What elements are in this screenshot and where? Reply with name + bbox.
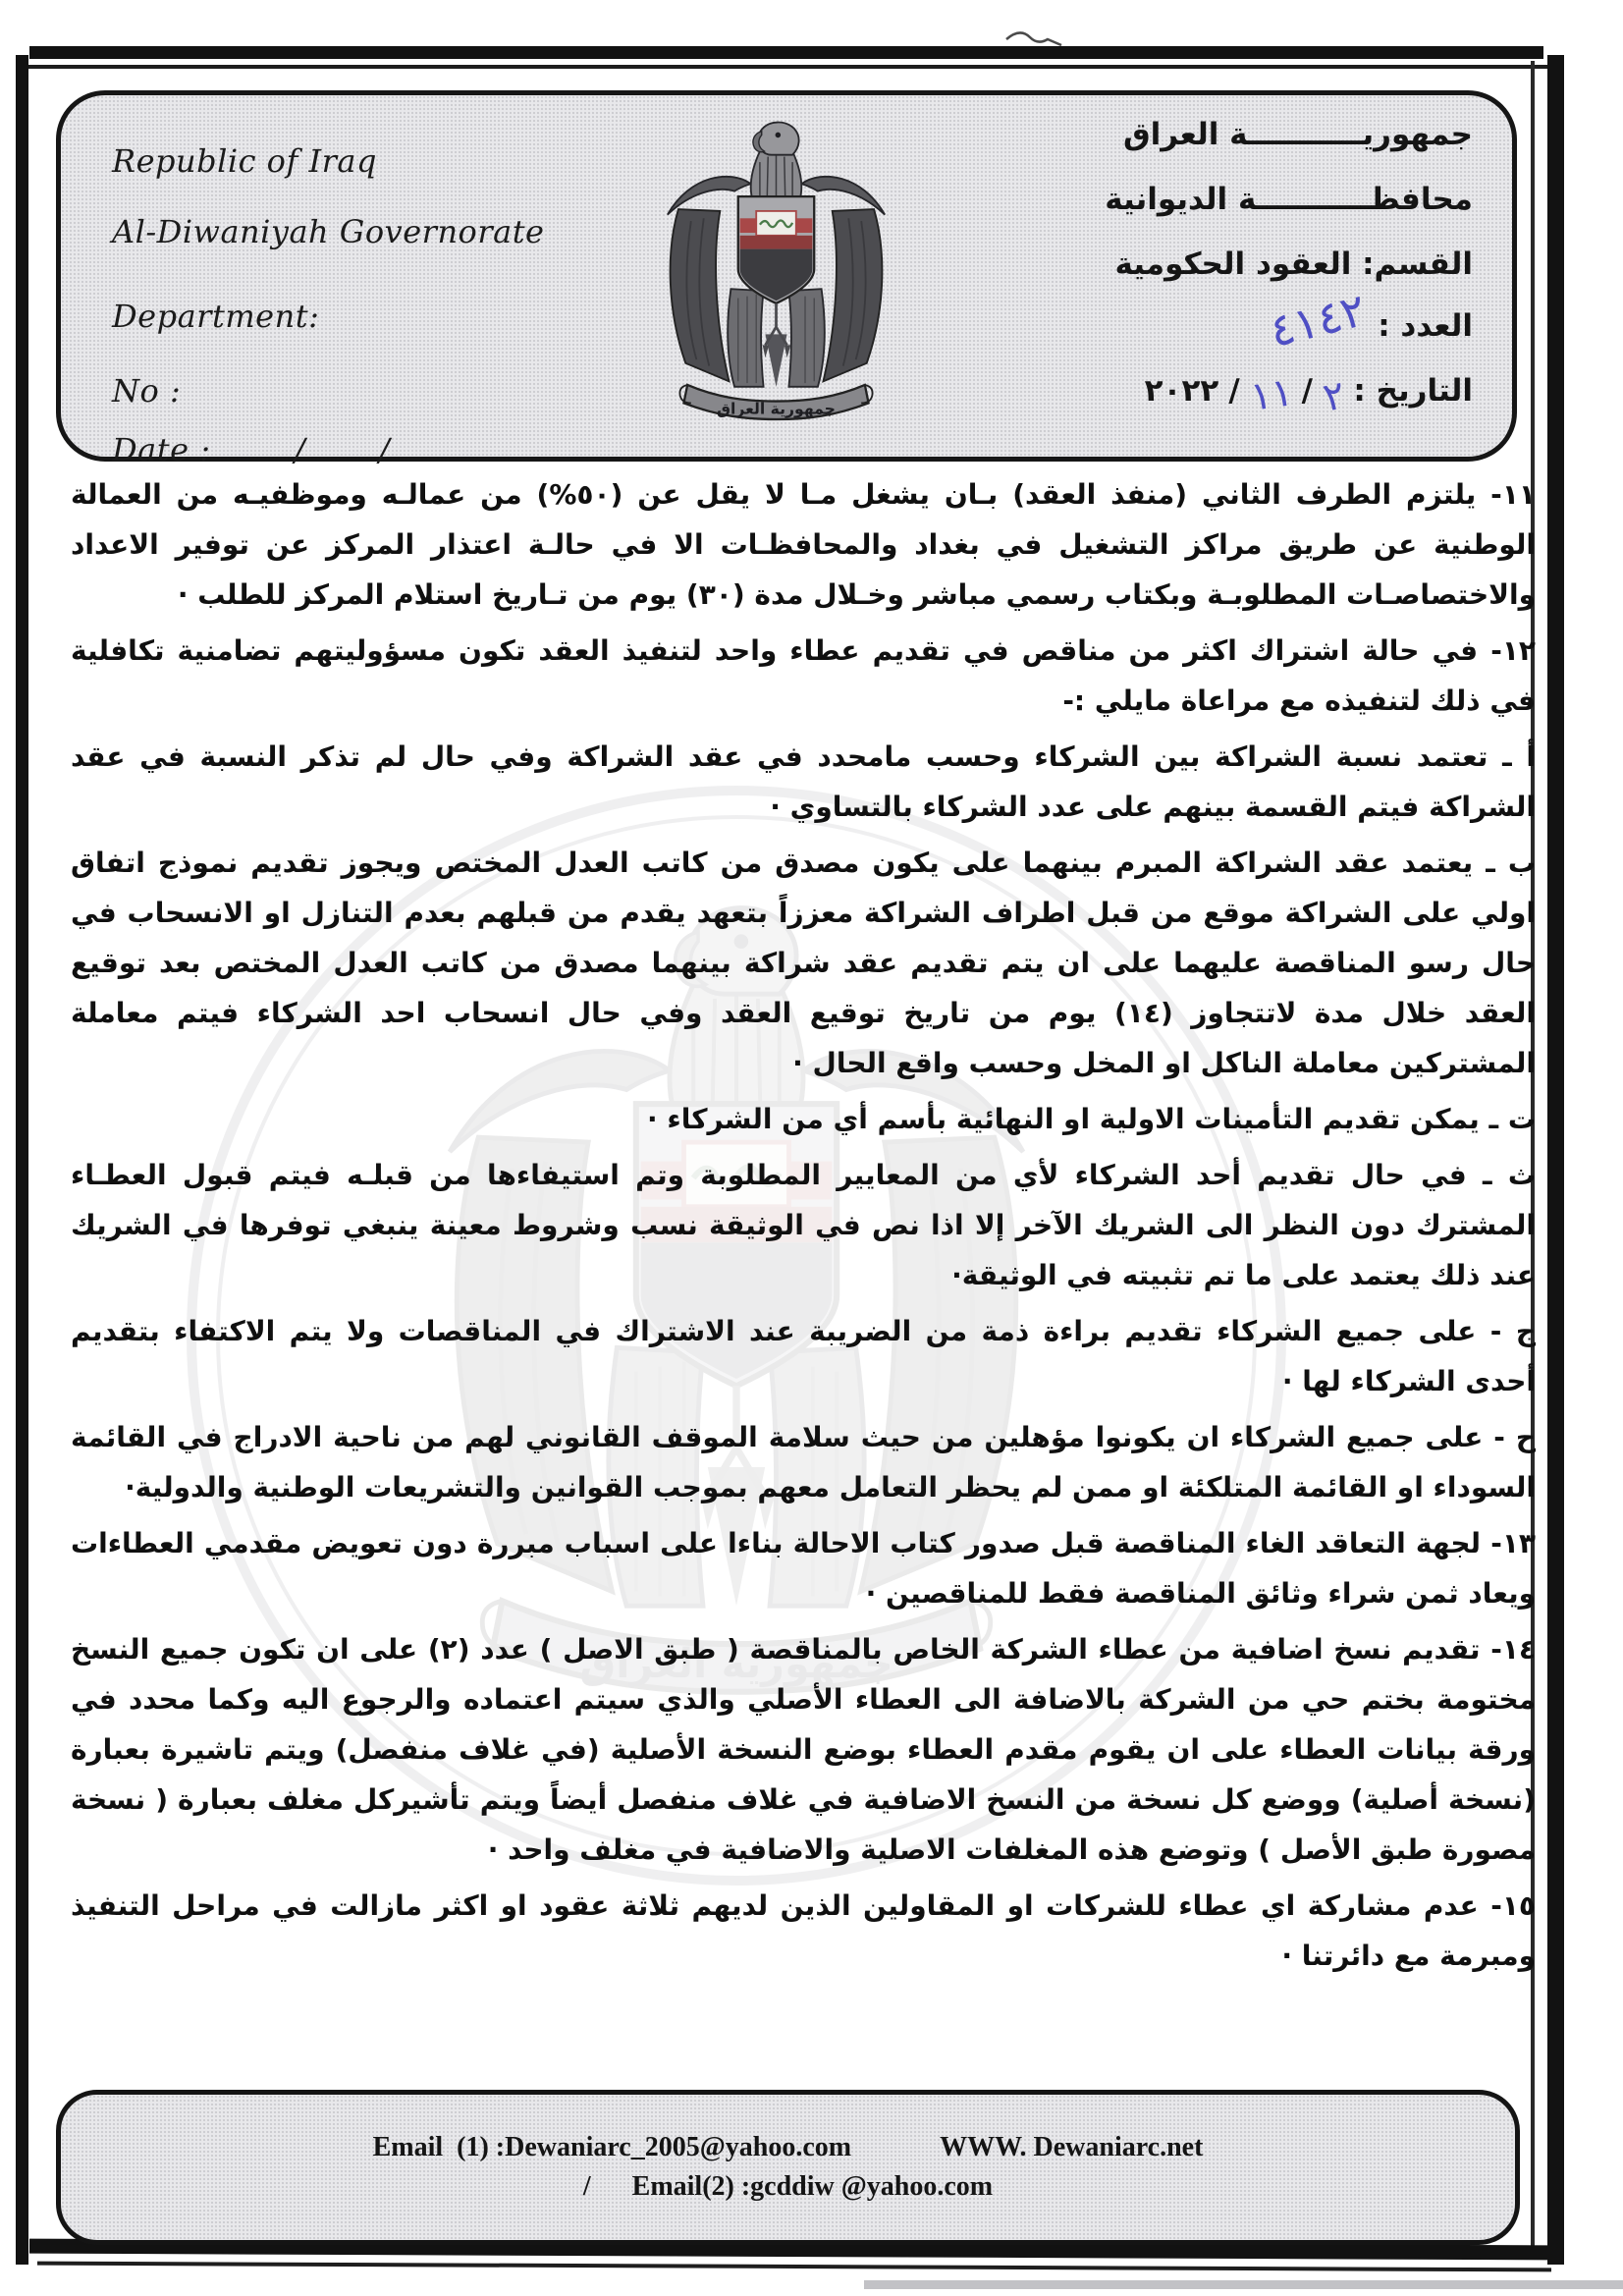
ref-number-handwritten: ٤١٤٢: [1265, 283, 1372, 357]
footer-email2: / Email(2) :gcddiw @yahoo.com: [583, 2171, 993, 2203]
body-paragraph: ١٤- تقديم نسخ اضافية من عطاء الشركة الخا…: [71, 1624, 1536, 1875]
body-paragraph: ١٥- عدم مشاركة اي عطاء للشركات او المقاو…: [71, 1881, 1536, 1981]
header-no-label: No :: [112, 372, 181, 410]
body-paragraph: ج - على جميع الشركاء تقديم براءة ذمة من …: [71, 1306, 1536, 1406]
date-row: التاريخ : ٢ / ١١ / ٢٠٢٢: [1145, 368, 1473, 413]
footer-website: WWW. Dewaniarc.net: [940, 2132, 1203, 2163]
frame-top-bar: [29, 46, 1543, 59]
body-paragraph: ح - على جميع الشركاء ان يكونوا مؤهلين من…: [71, 1412, 1536, 1512]
body-paragraph: أ ـ تعتمد نسبة الشراكة بين الشركاء وحسب …: [71, 732, 1536, 832]
date-year: ٢٠٢٢: [1145, 373, 1219, 409]
scan-shadow-artifact: [864, 2280, 1623, 2289]
header-governorate-ar: محافظـــــــــــة الديوانية: [1105, 182, 1473, 217]
date-month-handwritten: ١١: [1247, 369, 1295, 420]
header-country-en: Republic of Iraq: [112, 142, 377, 180]
date-day-handwritten: ٢: [1320, 372, 1350, 420]
iraq-coat-of-arms-emblem: [640, 117, 912, 443]
footer-line-2: / Email(2) :gcddiw @yahoo.com: [583, 2171, 993, 2203]
header-section-ar: القسم: العقود الحكومية: [1114, 246, 1473, 282]
body-paragraph: ١٣- لجهة التعاقد الغاء المناقصة قبل صدور…: [71, 1518, 1536, 1618]
frame-top-line: [20, 65, 1549, 69]
body-paragraph: ١٢- في حالة اشتراك اكثر من مناقص في تقدي…: [71, 626, 1536, 726]
body-paragraph: ث ـ في حال تقديم أحد الشركاء لأي من المع…: [71, 1150, 1536, 1300]
scanned-document-page: جمهورية العراق Republic of Iraq Al-Diwan…: [0, 0, 1623, 2296]
header-governorate-en: Al-Diwaniyah Governorate: [112, 213, 544, 250]
date-separator: /: [1302, 373, 1313, 409]
date-label-ar: التاريخ :: [1353, 373, 1473, 409]
header-date-label-en: Date : / /: [112, 431, 390, 468]
header-department-label: Department:: [112, 298, 319, 335]
footer-contact-box: Email (1) :Dewaniarc_2005@yahoo.com WWW.…: [56, 2090, 1520, 2245]
frame-left-bar: [16, 55, 28, 2265]
frame-right-bar: [1547, 55, 1564, 2265]
body-paragraph: ب ـ يعتمد عقد الشراكة المبرم بينهما على …: [71, 838, 1536, 1088]
document-body: ١١- يلتزم الطرف الثاني (منفذ العقد) بـان…: [71, 469, 1536, 1987]
footer-line-1: Email (1) :Dewaniarc_2005@yahoo.com WWW.…: [373, 2132, 1204, 2163]
body-paragraph: ١١- يلتزم الطرف الثاني (منفذ العقد) بـان…: [71, 469, 1536, 620]
date-separator: /: [1228, 373, 1239, 409]
letterhead-box: Republic of Iraq Al-Diwaniyah Governorat…: [56, 90, 1517, 462]
body-paragraph: ت ـ يمكن تقديم التأمينات الاولية او النه…: [71, 1094, 1536, 1144]
footer-email1: Email (1) :Dewaniarc_2005@yahoo.com: [373, 2132, 851, 2163]
frame-bottom-line: [37, 2262, 1551, 2272]
ref-number-row: العدد : ٤١٤٢: [1271, 300, 1473, 353]
scan-artifact-squiggle: [1001, 27, 1070, 57]
ref-number-label: العدد :: [1378, 308, 1473, 344]
header-country-ar: جمهوريـــــــــــة العراق: [1123, 117, 1473, 152]
